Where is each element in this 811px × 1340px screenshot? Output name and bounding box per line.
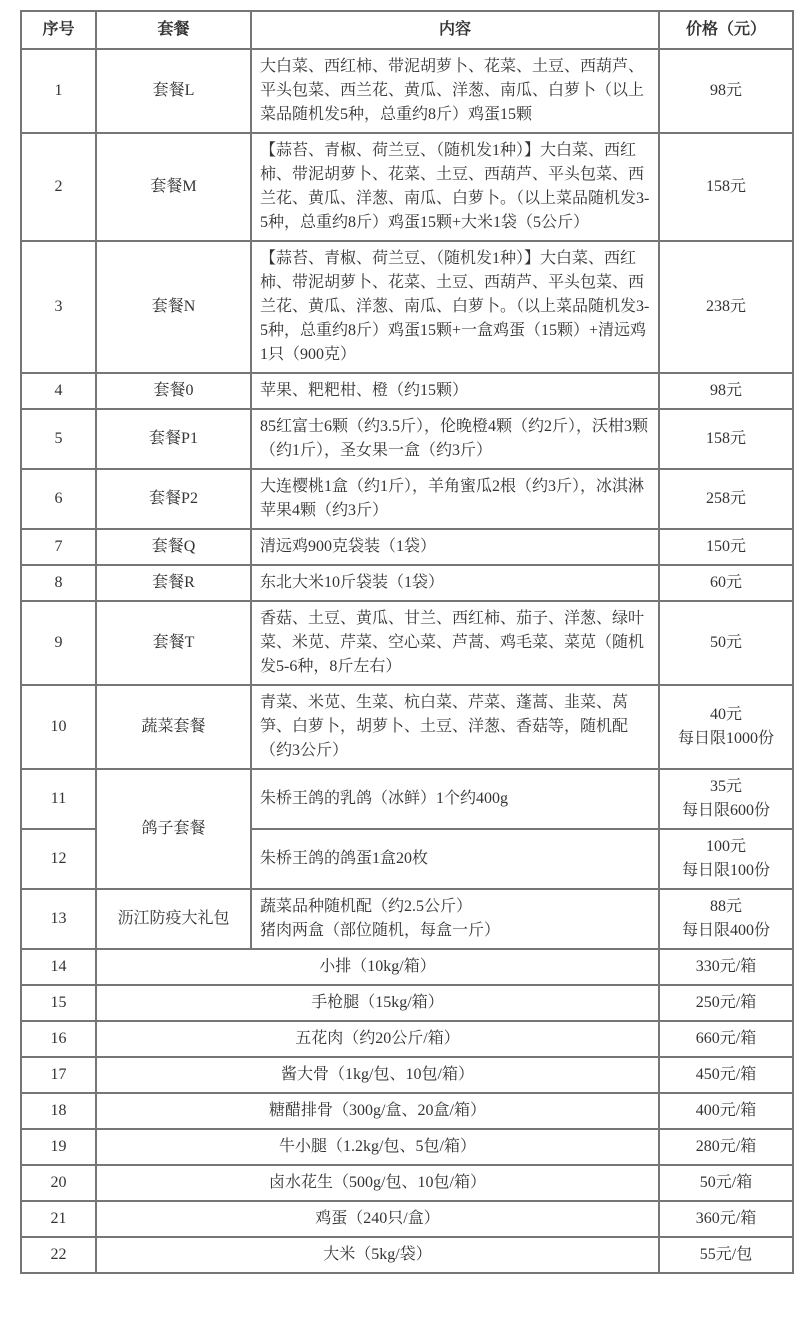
- table-row: 4套餐0苹果、粑粑柑、橙（约15颗）98元: [21, 373, 793, 409]
- cell-package: 套餐P1: [96, 409, 251, 469]
- cell-price: 258元: [659, 469, 793, 529]
- table-row: 6套餐P2大连樱桃1盒（约1斤），羊角蜜瓜2根（约3斤），冰淇淋苹果4颗（约3斤…: [21, 469, 793, 529]
- cell-index: 8: [21, 565, 96, 601]
- table-row: 3套餐N【蒜苔、青椒、荷兰豆、（随机发1种）】大白菜、西红柿、带泥胡萝卜、花菜、…: [21, 241, 793, 373]
- table-row: 17酱大骨（1kg/包、10包/箱）450元/箱: [21, 1057, 793, 1093]
- table-row: 20卤水花生（500g/包、10包/箱）50元/箱: [21, 1165, 793, 1201]
- cell-package: 套餐0: [96, 373, 251, 409]
- cell-price: 100元 每日限100份: [659, 829, 793, 889]
- table-row: 22大米（5kg/袋）55元/包: [21, 1237, 793, 1273]
- table-row: 1套餐L大白菜、西红柿、带泥胡萝卜、花菜、土豆、西葫芦、平头包菜、西兰花、黄瓜、…: [21, 49, 793, 133]
- cell-package: 鸽子套餐: [96, 769, 251, 889]
- table-row: 21鸡蛋（240只/盒）360元/箱: [21, 1201, 793, 1237]
- cell-index: 11: [21, 769, 96, 829]
- cell-price: 158元: [659, 133, 793, 241]
- cell-content: 朱桥王鸽的鸽蛋1盒20枚: [251, 829, 659, 889]
- cell-price: 280元/箱: [659, 1129, 793, 1165]
- cell-index: 15: [21, 985, 96, 1021]
- table-row: 19牛小腿（1.2kg/包、5包/箱）280元/箱: [21, 1129, 793, 1165]
- cell-package: 套餐T: [96, 601, 251, 685]
- cell-price: 150元: [659, 529, 793, 565]
- cell-index: 5: [21, 409, 96, 469]
- table-row: 16五花肉（约20公斤/箱）660元/箱: [21, 1021, 793, 1057]
- cell-package: 蔬菜套餐: [96, 685, 251, 769]
- cell-index: 4: [21, 373, 96, 409]
- cell-index: 7: [21, 529, 96, 565]
- cell-index: 12: [21, 829, 96, 889]
- cell-content: 酱大骨（1kg/包、10包/箱）: [96, 1057, 659, 1093]
- cell-index: 22: [21, 1237, 96, 1273]
- cell-price: 35元 每日限600份: [659, 769, 793, 829]
- cell-package: 套餐L: [96, 49, 251, 133]
- price-table: 序号 套餐 内容 价格（元） 1套餐L大白菜、西红柿、带泥胡萝卜、花菜、土豆、西…: [20, 10, 794, 1274]
- cell-price: 330元/箱: [659, 949, 793, 985]
- cell-content: 小排（10kg/箱）: [96, 949, 659, 985]
- cell-package: 套餐P2: [96, 469, 251, 529]
- table-row: 13沥江防疫大礼包蔬菜品种随机配（约2.5公斤） 猪肉两盒（部位随机，每盒一斤）…: [21, 889, 793, 949]
- table-row: 9套餐T香菇、土豆、黄瓜、甘兰、西红柿、茄子、洋葱、绿叶菜、米苋、芹菜、空心菜、…: [21, 601, 793, 685]
- cell-package: 套餐Q: [96, 529, 251, 565]
- cell-package: 套餐R: [96, 565, 251, 601]
- cell-index: 17: [21, 1057, 96, 1093]
- cell-index: 1: [21, 49, 96, 133]
- col-header-price: 价格（元）: [659, 11, 793, 49]
- cell-package: 套餐N: [96, 241, 251, 373]
- cell-content: 大连樱桃1盒（约1斤），羊角蜜瓜2根（约3斤），冰淇淋苹果4颗（约3斤）: [251, 469, 659, 529]
- cell-content: 东北大米10斤袋装（1袋）: [251, 565, 659, 601]
- cell-index: 10: [21, 685, 96, 769]
- cell-price: 250元/箱: [659, 985, 793, 1021]
- table-row: 10蔬菜套餐青菜、米苋、生菜、杭白菜、芹菜、蓬蒿、韭菜、莴笋、白萝卜，胡萝卜、土…: [21, 685, 793, 769]
- cell-index: 18: [21, 1093, 96, 1129]
- cell-package: 沥江防疫大礼包: [96, 889, 251, 949]
- cell-content: 大米（5kg/袋）: [96, 1237, 659, 1273]
- cell-content: 糖醋排骨（300g/盒、20盒/箱）: [96, 1093, 659, 1129]
- cell-price: 450元/箱: [659, 1057, 793, 1093]
- table-row: 7套餐Q清远鸡900克袋装（1袋）150元: [21, 529, 793, 565]
- cell-price: 98元: [659, 373, 793, 409]
- table-row: 18糖醋排骨（300g/盒、20盒/箱）400元/箱: [21, 1093, 793, 1129]
- cell-price: 60元: [659, 565, 793, 601]
- cell-content: 香菇、土豆、黄瓜、甘兰、西红柿、茄子、洋葱、绿叶菜、米苋、芹菜、空心菜、芦蒿、鸡…: [251, 601, 659, 685]
- cell-index: 2: [21, 133, 96, 241]
- table-row: 8套餐R东北大米10斤袋装（1袋）60元: [21, 565, 793, 601]
- cell-content: 清远鸡900克袋装（1袋）: [251, 529, 659, 565]
- cell-price: 50元: [659, 601, 793, 685]
- cell-index: 16: [21, 1021, 96, 1057]
- cell-price: 55元/包: [659, 1237, 793, 1273]
- cell-content: 五花肉（约20公斤/箱）: [96, 1021, 659, 1057]
- cell-index: 21: [21, 1201, 96, 1237]
- cell-price: 88元 每日限400份: [659, 889, 793, 949]
- cell-price: 400元/箱: [659, 1093, 793, 1129]
- cell-index: 13: [21, 889, 96, 949]
- cell-price: 40元 每日限1000份: [659, 685, 793, 769]
- cell-price: 660元/箱: [659, 1021, 793, 1057]
- table-header: 序号 套餐 内容 价格（元）: [21, 11, 793, 49]
- cell-content: 【蒜苔、青椒、荷兰豆、（随机发1种）】大白菜、西红柿、带泥胡萝卜、花菜、土豆、西…: [251, 133, 659, 241]
- cell-content: 大白菜、西红柿、带泥胡萝卜、花菜、土豆、西葫芦、平头包菜、西兰花、黄瓜、洋葱、南…: [251, 49, 659, 133]
- header-row: 序号 套餐 内容 价格（元）: [21, 11, 793, 49]
- col-header-package: 套餐: [96, 11, 251, 49]
- cell-content: 牛小腿（1.2kg/包、5包/箱）: [96, 1129, 659, 1165]
- cell-content: 朱桥王鸽的乳鸽（冰鲜）1个约400g: [251, 769, 659, 829]
- cell-index: 19: [21, 1129, 96, 1165]
- cell-index: 9: [21, 601, 96, 685]
- table-row: 2套餐M【蒜苔、青椒、荷兰豆、（随机发1种）】大白菜、西红柿、带泥胡萝卜、花菜、…: [21, 133, 793, 241]
- cell-content: 蔬菜品种随机配（约2.5公斤） 猪肉两盒（部位随机，每盒一斤）: [251, 889, 659, 949]
- col-header-content: 内容: [251, 11, 659, 49]
- table-row: 15手枪腿（15kg/箱）250元/箱: [21, 985, 793, 1021]
- cell-price: 50元/箱: [659, 1165, 793, 1201]
- cell-price: 360元/箱: [659, 1201, 793, 1237]
- price-list-page: 序号 套餐 内容 价格（元） 1套餐L大白菜、西红柿、带泥胡萝卜、花菜、土豆、西…: [0, 0, 811, 1274]
- cell-content: 鸡蛋（240只/盒）: [96, 1201, 659, 1237]
- cell-package: 套餐M: [96, 133, 251, 241]
- table-row: 14小排（10kg/箱）330元/箱: [21, 949, 793, 985]
- cell-content: 【蒜苔、青椒、荷兰豆、（随机发1种）】大白菜、西红柿、带泥胡萝卜、花菜、土豆、西…: [251, 241, 659, 373]
- cell-content: 苹果、粑粑柑、橙（约15颗）: [251, 373, 659, 409]
- cell-price: 158元: [659, 409, 793, 469]
- cell-price: 98元: [659, 49, 793, 133]
- cell-content: 卤水花生（500g/包、10包/箱）: [96, 1165, 659, 1201]
- cell-index: 20: [21, 1165, 96, 1201]
- cell-content: 青菜、米苋、生菜、杭白菜、芹菜、蓬蒿、韭菜、莴笋、白萝卜，胡萝卜、土豆、洋葱、香…: [251, 685, 659, 769]
- table-body: 1套餐L大白菜、西红柿、带泥胡萝卜、花菜、土豆、西葫芦、平头包菜、西兰花、黄瓜、…: [21, 49, 793, 1273]
- cell-index: 14: [21, 949, 96, 985]
- table-row: 11鸽子套餐朱桥王鸽的乳鸽（冰鲜）1个约400g35元 每日限600份: [21, 769, 793, 829]
- cell-price: 238元: [659, 241, 793, 373]
- cell-index: 6: [21, 469, 96, 529]
- cell-content: 手枪腿（15kg/箱）: [96, 985, 659, 1021]
- col-header-index: 序号: [21, 11, 96, 49]
- cell-content: 85红富士6颗（约3.5斤），伦晚橙4颗（约2斤），沃柑3颗（约1斤），圣女果一…: [251, 409, 659, 469]
- cell-index: 3: [21, 241, 96, 373]
- table-row: 5套餐P185红富士6颗（约3.5斤），伦晚橙4颗（约2斤），沃柑3颗（约1斤）…: [21, 409, 793, 469]
